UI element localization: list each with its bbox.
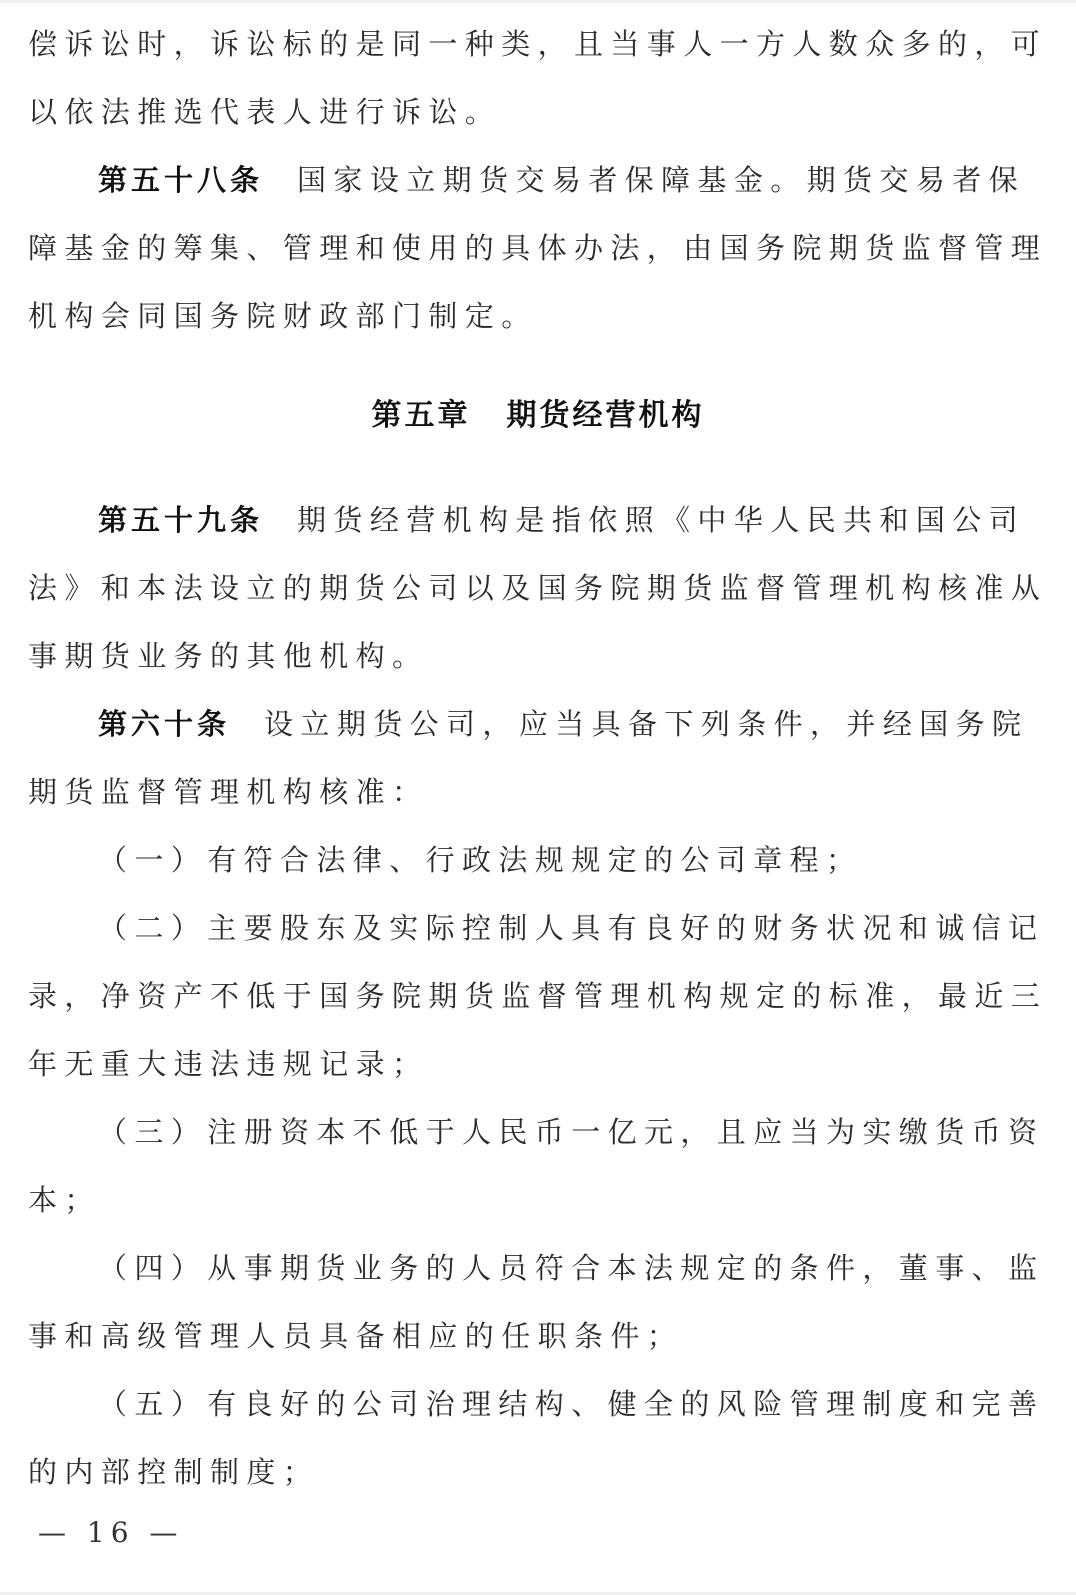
chapter-heading: 第五章期货经营机构 [28, 382, 1048, 450]
text-line: 期货监督管理机构核准： [28, 758, 1038, 826]
chapter-title: 期货经营机构 [507, 398, 705, 433]
text-line: 障基金的筹集、管理和使用的具体办法，由国务院期货监督管理 [28, 214, 1038, 282]
article-59-paragraph: 第五十九条期货经营机构是指依照《中华人民共和国公司 [28, 486, 1076, 554]
page-number: — 16 — [38, 1508, 183, 1558]
article-text: 期货经营机构是指依照《中华人民共和国公司 [297, 503, 1025, 537]
text-line: 录，净资产不低于国务院期货监督管理机构规定的标准，最近三 [28, 962, 1038, 1030]
article-heading: 第五十八条 [98, 163, 263, 197]
text-line: 以依法推选代表人进行诉讼。 [28, 78, 1038, 146]
list-item-1: （一）有符合法律、行政法规规定的公司章程； [28, 826, 1076, 894]
text-line: 年无重大违法违规记录； [28, 1030, 1038, 1098]
chapter-number: 第五章 [372, 398, 471, 433]
text-line: 事和高级管理人员具备相应的任职条件； [28, 1302, 1038, 1370]
article-text: 国家设立期货交易者保障基金。期货交易者保 [297, 163, 1025, 197]
text-line: 的内部控制制度； [28, 1438, 1038, 1506]
article-heading: 第五十九条 [98, 503, 263, 537]
article-58-paragraph: 第五十八条国家设立期货交易者保障基金。期货交易者保 [28, 146, 1076, 214]
article-60-paragraph: 第六十条设立期货公司，应当具备下列条件，并经国务院 [28, 690, 1076, 758]
text-line: 偿诉讼时，诉讼标的是同一种类，且当事人一方人数众多的，可 [28, 10, 1038, 78]
article-text: 设立期货公司，应当具备下列条件，并经国务院 [264, 707, 1028, 741]
article-heading: 第六十条 [98, 707, 230, 741]
list-item-5: （五）有良好的公司治理结构、健全的风险管理制度和完善 [28, 1370, 1076, 1438]
top-edge [0, 0, 1076, 3]
text-line: 机构会同国务院财政部门制定。 [28, 282, 1038, 350]
list-item-3: （三）注册资本不低于人民币一亿元，且应当为实缴货币资 [28, 1098, 1076, 1166]
text-line: 本； [28, 1166, 1038, 1234]
text-line: 法》和本法设立的期货公司以及国务院期货监督管理机构核准从 [28, 554, 1038, 622]
text-line: 事期货业务的其他机构。 [28, 622, 1038, 690]
list-item-2: （二）主要股东及实际控制人具有良好的财务状况和诚信记 [28, 894, 1076, 962]
list-item-4: （四）从事期货业务的人员符合本法规定的条件，董事、监 [28, 1234, 1076, 1302]
